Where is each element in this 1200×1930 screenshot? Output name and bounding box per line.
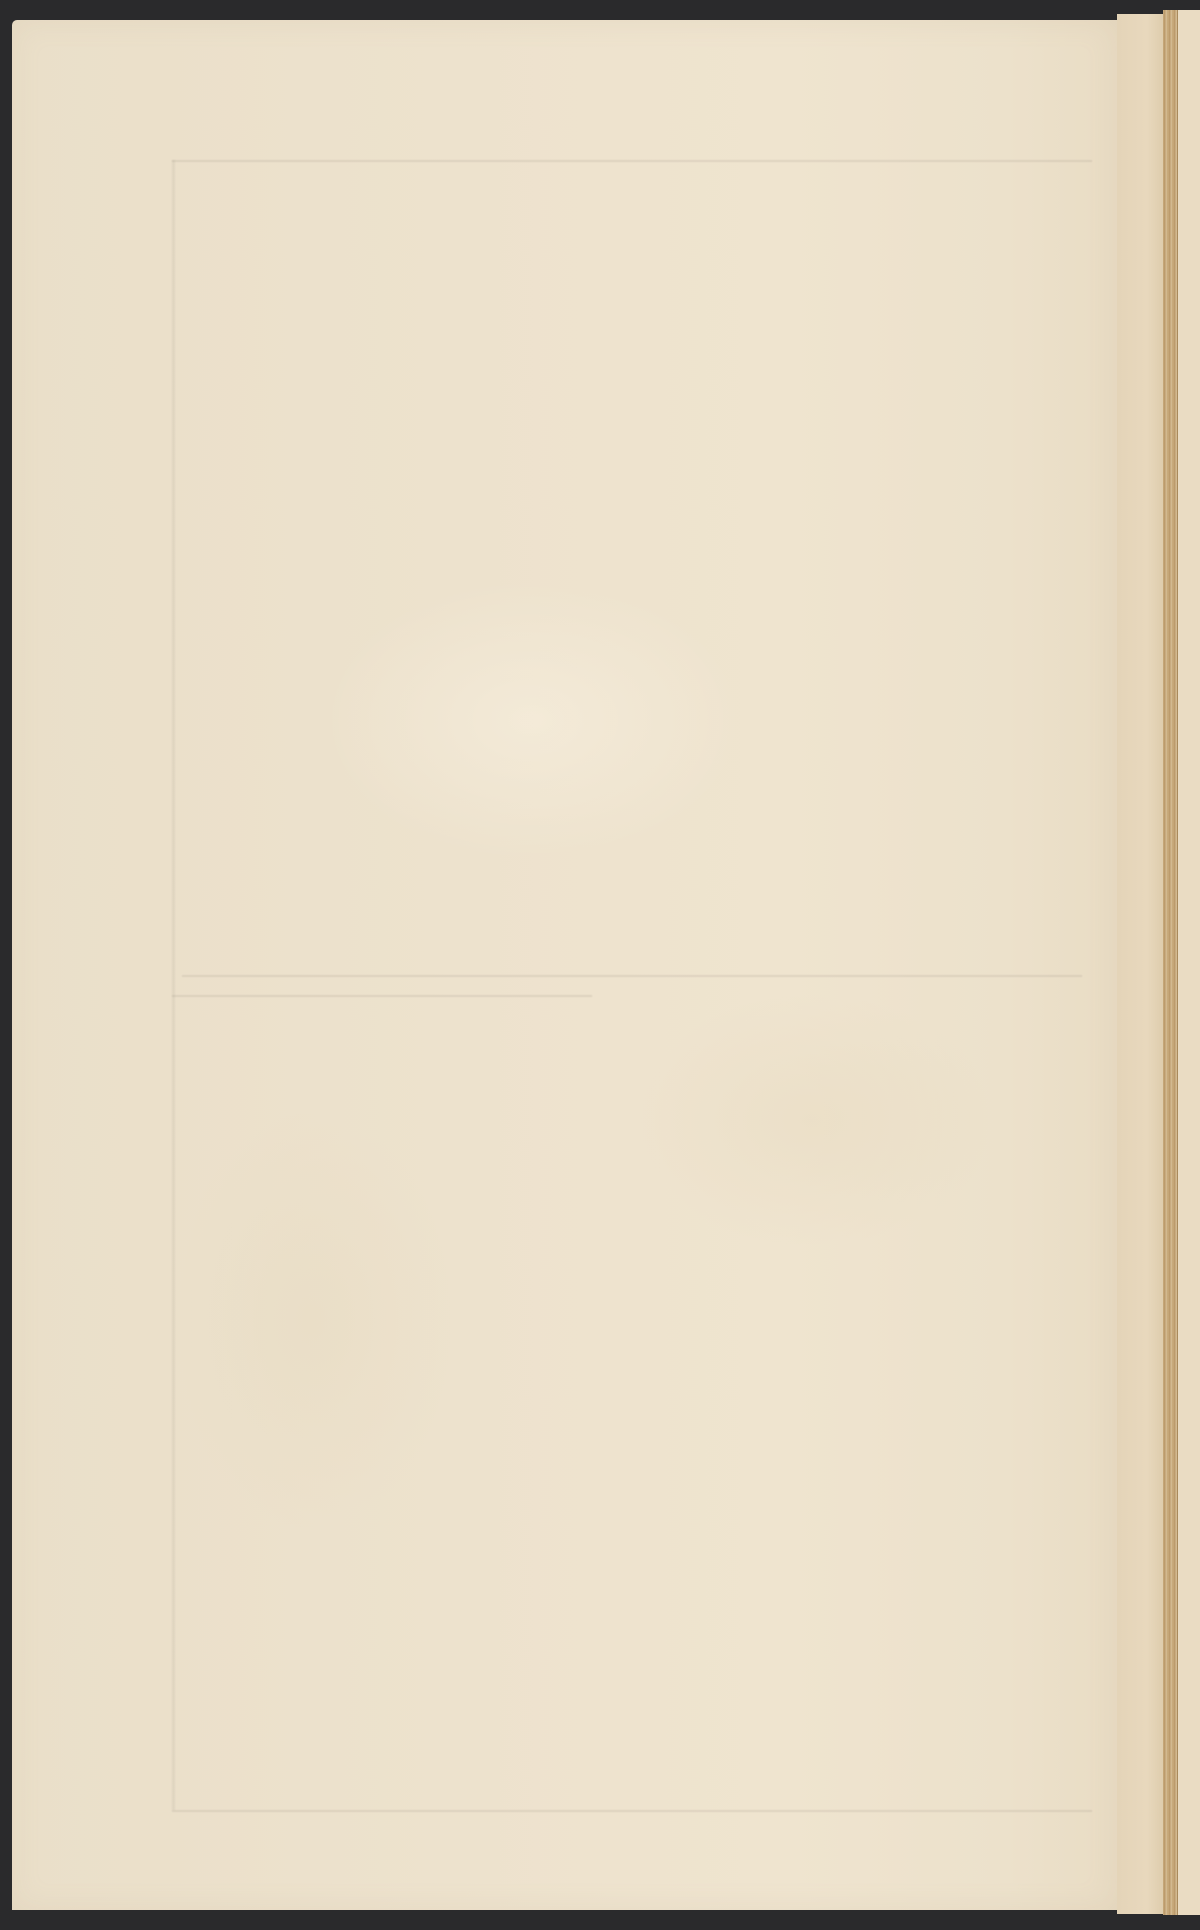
- show-through-mark: [172, 160, 1092, 162]
- blank-page: [12, 20, 1117, 1910]
- show-through-mark: [172, 1810, 1092, 1812]
- page-edges: [1163, 10, 1177, 1915]
- scan-background: [0, 0, 1200, 1930]
- show-through-margin-mark: [172, 160, 175, 1810]
- binding-gutter: [1117, 14, 1167, 1914]
- facing-page-sliver: [1177, 10, 1200, 1915]
- show-through-mark: [172, 995, 592, 997]
- show-through-mark: [182, 975, 1082, 977]
